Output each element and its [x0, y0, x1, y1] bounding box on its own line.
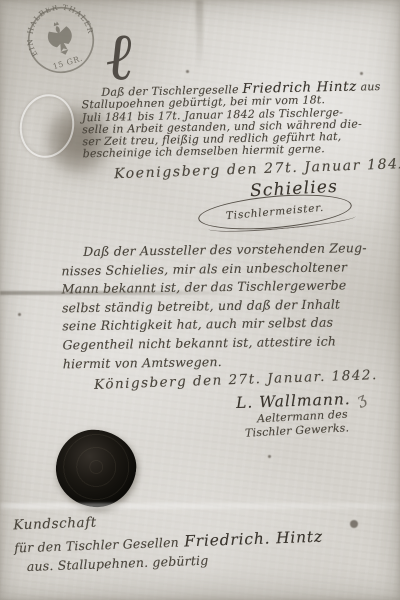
fold-crease-horizontal [0, 291, 232, 295]
certificate-dateline: Koenigsberg den 27t. Januar 1842. [114, 156, 400, 183]
fold-crease-vertical [196, 0, 203, 72]
ink-speck [350, 520, 358, 528]
certificate-line-1-suffix: aus [360, 80, 380, 93]
attestation-signature-flourish: ʒ [354, 389, 369, 409]
document-scan: EIN HALBER THALER 15 GR. ℓ Daß der Tisch… [0, 0, 400, 600]
docket-line-2-prefix: für den Tischler Gesellen [14, 535, 179, 556]
light-crease [0, 503, 400, 509]
opening-flourish: ℓ [101, 23, 139, 92]
prussian-eagle-icon [44, 18, 77, 58]
certificate-paragraph: Daß der Tischlergeselle Friedrich Hintz … [81, 80, 398, 161]
attestation-paragraph: Daß der Aussteller des vorstehenden Zeug… [61, 239, 399, 374]
ink-speck [268, 455, 271, 458]
docket: Kundschaft für den Tischler Gesellen Fri… [13, 507, 324, 575]
dark-wax-seal [51, 425, 141, 512]
docket-person-name: Friedrich. Hintz [184, 528, 323, 551]
ink-speck [186, 70, 189, 73]
ink-speck [360, 72, 363, 75]
ink-speck [18, 313, 21, 316]
revenue-stamp: EIN HALBER THALER 15 GR. [17, 0, 104, 84]
stamp-value-text: 15 GR. [52, 54, 84, 72]
